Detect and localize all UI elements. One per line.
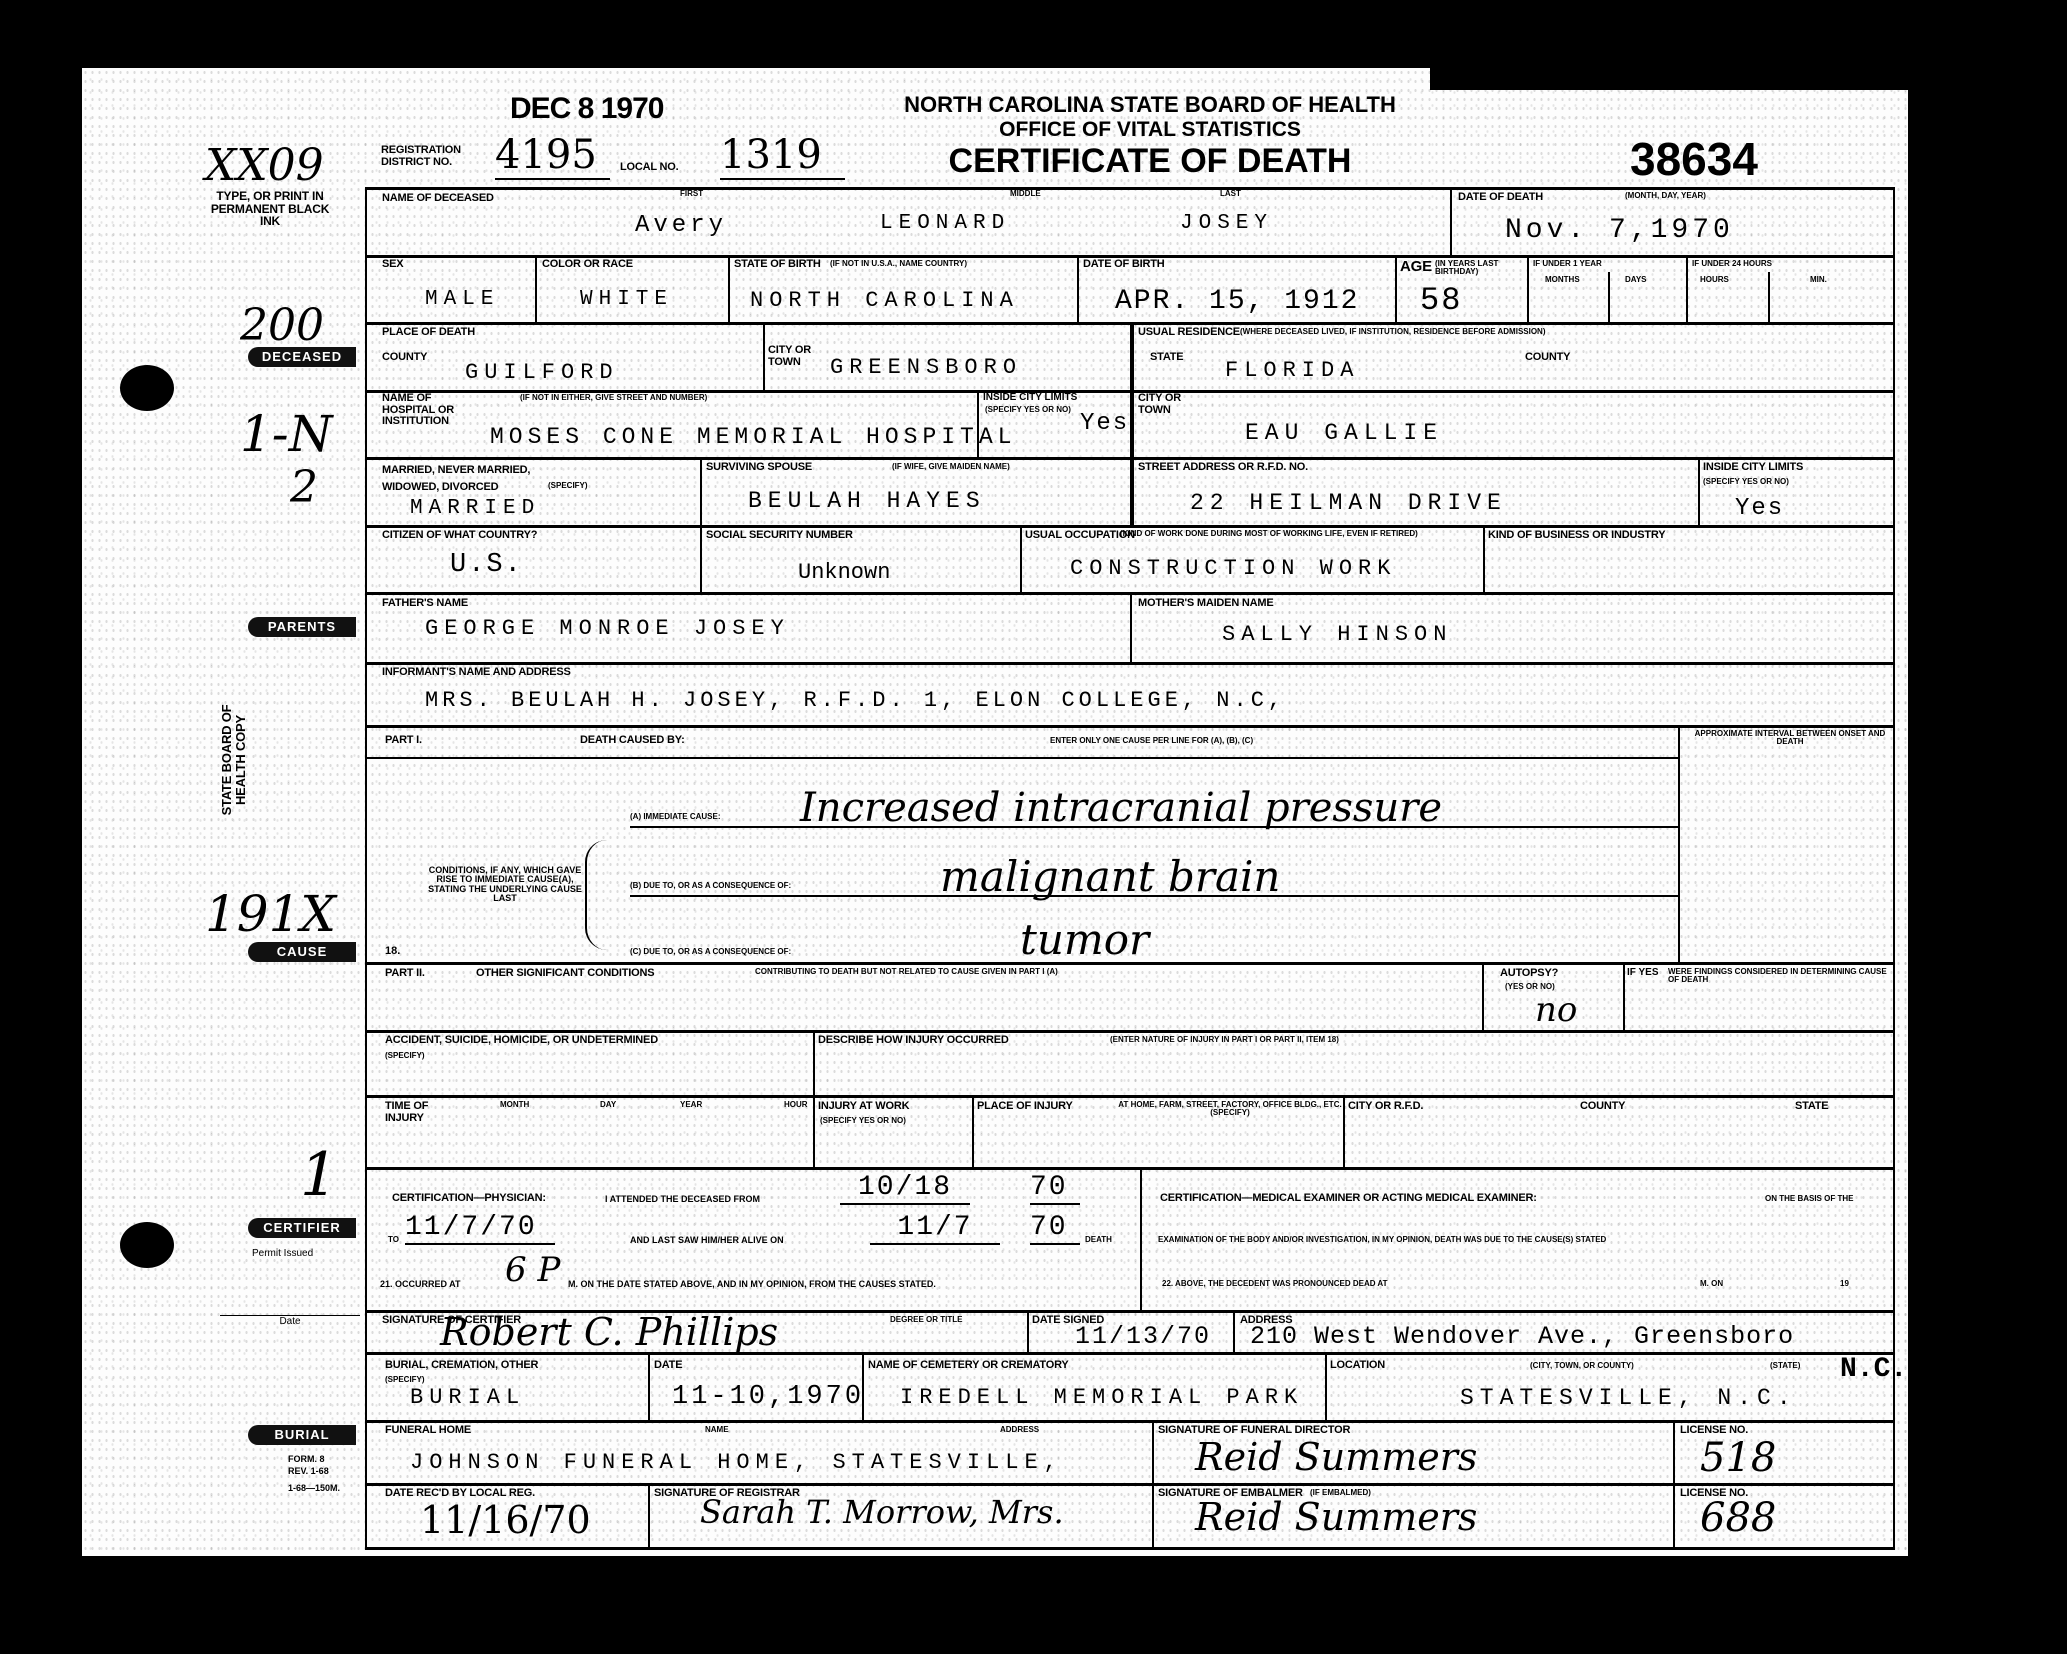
divider (1483, 525, 1485, 593)
certifier-address-value: 210 West Wendover Ave., Greensboro (1250, 1322, 1794, 1351)
autopsy-value: no (1535, 990, 1577, 1030)
divider (763, 322, 765, 390)
res-state-value: FLORIDA (1225, 358, 1359, 383)
form-right-border (1893, 190, 1895, 1550)
immediate-cause-label: (a) IMMEDIATE CAUSE: (630, 813, 721, 821)
rule (365, 725, 1895, 728)
res-county-label: COUNTY (1525, 352, 1570, 364)
divider (1608, 272, 1610, 322)
citizen-label: CITIZEN OF WHAT COUNTRY? (382, 530, 537, 542)
funeral-home-label: FUNERAL HOME (385, 1425, 471, 1437)
date-received-value: 11/16/70 (420, 1498, 591, 1542)
injury-county-label: COUNTY (1580, 1101, 1625, 1113)
document-title: CERTIFICATE OF DEATH (880, 142, 1420, 181)
ssn-label: SOCIAL SECURITY NUMBER (706, 530, 853, 542)
city-rfd-label: CITY OR R.F.D. (1348, 1101, 1423, 1113)
occurred-time-value: 6 P (505, 1250, 560, 1290)
last-name-value: JOSEY (1180, 212, 1273, 235)
divider (1152, 1420, 1154, 1547)
punch-hole-top (120, 365, 174, 411)
occupation-value: CONSTRUCTION WORK (1070, 556, 1396, 581)
divider (1020, 525, 1022, 593)
rule (365, 1483, 1895, 1486)
attended-label: I ATTENDED THE DECEASED FROM (605, 1195, 760, 1204)
section-tab-parents: PARENTS (248, 617, 356, 637)
due-to-c-label: (c) DUE TO, OR AS A CONSEQUENCE OF: (630, 948, 791, 956)
rule (365, 1030, 1895, 1033)
divider (700, 457, 702, 593)
divider (648, 1352, 650, 1420)
injury-state-label: STATE (1795, 1101, 1828, 1113)
registration-district-no: 4195 (495, 132, 610, 180)
divider (1027, 1310, 1029, 1353)
location-value: STATESVILLE, N.C. (1460, 1385, 1797, 1411)
rule (630, 826, 1678, 828)
certifier-signature: Robert C. Phillips (440, 1310, 778, 1354)
inside-limits-value: Yes (1080, 410, 1129, 437)
divider (862, 1352, 864, 1420)
divider (1343, 1095, 1345, 1167)
res-inside-limits-label: INSIDE CITY LIMITS (1703, 462, 1803, 474)
margin-code-200: 200 (240, 300, 324, 351)
dob-value: APR. 15, 1912 (1115, 286, 1359, 317)
rule (630, 895, 1678, 897)
res-city-label: CITY OR TOWN (1138, 393, 1198, 416)
month-label: MONTH (500, 1101, 529, 1109)
inside-limits-hint: (SPECIFY YES OR NO) (985, 406, 1071, 414)
divider (1678, 725, 1680, 963)
divider (1077, 255, 1079, 323)
divider (972, 1095, 974, 1167)
section-tab-burial: BURIAL (248, 1425, 356, 1445)
registrar-signature: Sarah T. Morrow, Mrs. (700, 1493, 1064, 1531)
pronounced-text: 22. ABOVE, THE DECEDENT WAS PRONOUNCED D… (1162, 1280, 1388, 1288)
divider (648, 1483, 650, 1547)
marital-label: MARRIED, NEVER MARRIED, WIDOWED, DIVORCE… (382, 462, 572, 495)
rule (365, 662, 1895, 665)
license-2-value: 688 (1700, 1495, 1776, 1541)
date-signed-value: 11/13/70 (1075, 1322, 1211, 1351)
occurred-text: M. ON THE DATE STATED ABOVE, AND IN MY O… (568, 1280, 936, 1289)
medical-examiner-label: CERTIFICATION—MEDICAL EXAMINER OR ACTING… (1160, 1193, 1537, 1205)
rule (365, 1167, 1895, 1170)
agency-line1: NORTH CAROLINA STATE BOARD OF HEALTH (870, 92, 1430, 118)
race-label: COLOR OR RACE (542, 259, 633, 271)
local-no: 1319 (720, 132, 845, 180)
attended-from-year: 70 (1030, 1172, 1080, 1205)
divider (1233, 1310, 1235, 1353)
father-label: FATHER'S NAME (382, 598, 468, 610)
divider (813, 1095, 815, 1167)
burial-date-label: DATE (654, 1360, 682, 1372)
divider (1395, 255, 1397, 323)
embalmer-signature: Reid Summers (1195, 1495, 1477, 1539)
divider (728, 255, 730, 323)
death-city-value: GREENSBORO (830, 355, 1022, 380)
city-label: CITY OR TOWN (768, 345, 818, 368)
inside-limits-label: INSIDE CITY LIMITS (983, 393, 1133, 404)
margin-code-191x: 191X (205, 885, 336, 943)
medical-examiner-basis: ON THE BASIS OF THE (1765, 1195, 1853, 1203)
bracket (585, 840, 607, 950)
state-hint: (STATE) (1770, 1362, 1800, 1370)
marital-value: MARRIED (410, 497, 540, 520)
age-value: 58 (1420, 282, 1462, 319)
to-label: TO (388, 1236, 399, 1244)
last-saw-label: AND LAST SAW HIM/HER ALIVE ON (630, 1236, 784, 1245)
race-value: WHITE (580, 288, 673, 311)
immediate-cause-value: Increased intracranial pressure (800, 785, 1442, 831)
part1-label: PART I. (385, 735, 422, 747)
divider (1130, 592, 1132, 662)
form-left-border (365, 190, 367, 1550)
funeral-home-value: JOHNSON FUNERAL HOME, STATESVILLE, (410, 1450, 1063, 1475)
divider (977, 390, 979, 458)
disposition-value: BURIAL (410, 1385, 525, 1410)
death-county-value: GUILFORD (465, 360, 619, 385)
place-of-death-label: PLACE OF DEATH (382, 327, 475, 339)
item-18-number: 18. (385, 945, 400, 957)
injury-at-work-label: INJURY AT WORK (818, 1101, 909, 1113)
divider (1768, 272, 1770, 322)
spouse-value: BEULAH HAYES (748, 488, 986, 514)
punch-hole-bottom (120, 1222, 174, 1268)
findings-label: WERE FINDINGS CONSIDERED IN DETERMINING … (1668, 968, 1888, 985)
street-value: 22 HEILMAN DRIVE (1190, 490, 1507, 516)
if-yes-label: IF YES (1627, 968, 1659, 979)
industry-label: KIND OF BUSINESS OR INDUSTRY (1488, 530, 1665, 542)
paper-notch (1430, 68, 1910, 90)
other-conditions-label: OTHER SIGNIFICANT CONDITIONS (476, 968, 654, 980)
citizen-value: U.S. (450, 550, 523, 580)
form-number: FORM. 8 (288, 1455, 325, 1464)
rule (365, 1547, 1895, 1550)
margin-code-xx09: XX09 (205, 140, 324, 191)
usual-residence-label: USUAL RESIDENCE (1138, 327, 1240, 339)
state-copy-label: STATE BOARD OF HEALTH COPY (220, 690, 247, 830)
res-state-label: STATE (1150, 352, 1183, 364)
disposition-hint: (SPECIFY) (385, 1376, 425, 1384)
divider (1450, 187, 1452, 257)
street-label: STREET ADDRESS OR R.F.D. No. (1138, 462, 1308, 474)
marital-hint: (SPECIFY) (548, 482, 588, 490)
father-value: GEORGE MONROE JOSEY (425, 616, 790, 641)
last-saw-year: 70 (1030, 1212, 1080, 1245)
date-of-death-value: Nov. 7,1970 (1505, 215, 1734, 246)
age-label: AGE (1400, 259, 1432, 275)
attended-to-value: 11/7/70 (405, 1212, 555, 1245)
funeral-director-signature: Reid Summers (1195, 1435, 1477, 1479)
age-hint: (IN YEARS LAST BIRTHDAY) (1435, 260, 1520, 277)
place-of-injury-hint: AT HOME, FARM, STREET, FACTORY, OFFICE B… (1115, 1101, 1345, 1118)
rule (365, 1420, 1895, 1423)
res-inside-limits-hint: (SPECIFY YES OR NO) (1703, 478, 1789, 486)
time-of-injury-label: TIME OF INJURY (385, 1101, 455, 1124)
cemetery-value: IREDELL MEMORIAL PARK (900, 1385, 1303, 1410)
other-conditions-hint: CONTRIBUTING TO DEATH BUT NOT RELATED TO… (755, 968, 1058, 976)
injury-at-work-hint: (SPECIFY YES OR NO) (820, 1117, 906, 1125)
ink-instruction: TYPE, OR PRINT IN PERMANENT BLACK INK (200, 190, 340, 228)
hospital-label: NAME OF HOSPITAL OR INSTITUTION (382, 393, 482, 428)
days-label: DAYS (1625, 276, 1647, 284)
divider (1527, 255, 1529, 323)
hospital-value: MOSES CONE MEMORIAL HOSPITAL (490, 424, 1016, 450)
name-label: NAME OF DECEASED (382, 193, 494, 205)
hour-label: HOUR (784, 1101, 808, 1109)
divider (1130, 322, 1134, 527)
day-label: DAY (600, 1101, 616, 1109)
injury-description-label: DESCRIBE HOW INJURY OCCURRED (818, 1035, 1009, 1047)
birth-state-hint: (IF NOT IN U.S.A., NAME COUNTRY) (830, 260, 1030, 268)
first-label: FIRST (680, 190, 703, 198)
res-city-value: EAU GALLIE (1245, 420, 1443, 446)
due-to-c-value: tumor (1020, 915, 1149, 964)
year-label: YEAR (680, 1101, 702, 1109)
date-of-death-label: DATE OF DEATH (1458, 192, 1543, 204)
divider (1698, 457, 1700, 525)
occupation-hint: (KIND OF WORK DONE DURING MOST OF WORKIN… (1120, 530, 1450, 538)
section-tab-deceased: DECEASED (248, 347, 356, 367)
disposition-label: BURIAL, CREMATION, OTHER (385, 1360, 538, 1372)
usual-residence-hint: (WHERE DECEASED LIVED, IF INSTITUTION, R… (1240, 328, 1546, 336)
months-label: MONTHS (1545, 276, 1580, 284)
divider (1686, 255, 1688, 323)
funeral-home-name-label: NAME (705, 1426, 729, 1434)
last-label: LAST (1220, 190, 1241, 198)
accident-label: ACCIDENT, SUICIDE, HOMICIDE, OR UNDETERM… (385, 1035, 658, 1047)
middle-name-value: LEONARD (880, 212, 1010, 235)
min-label: MIN. (1810, 276, 1827, 284)
rule (365, 187, 1895, 190)
margin-code-1n: 1-N (240, 405, 332, 463)
spouse-label: SURVIVING SPOUSE (706, 462, 812, 474)
form-print-run: 1-68—150M. (288, 1484, 340, 1493)
pronounced-19: 19 (1840, 1280, 1849, 1288)
death-caused-by-label: DEATH CAUSED BY: (580, 735, 685, 747)
death-label: DEATH (1085, 1236, 1112, 1244)
location-hint: (CITY, TOWN, OR COUNTY) (1530, 1362, 1634, 1370)
autopsy-label: AUTOPSY? (1500, 968, 1558, 980)
funeral-home-address-label: ADDRESS (1000, 1426, 1039, 1434)
place-of-injury-label: PLACE OF INJURY (977, 1101, 1073, 1113)
due-to-b-value: malignant brain (940, 852, 1280, 901)
hours-label: HOURS (1700, 276, 1729, 284)
spouse-hint: (IF WIFE, GIVE MAIDEN NAME) (892, 463, 1010, 471)
ssn-value: Unknown (798, 560, 890, 585)
divider (1623, 962, 1625, 1030)
margin-code-2: 2 (290, 462, 318, 513)
hospital-hint: (IF NOT IN EITHER, GIVE STREET AND NUMBE… (520, 394, 707, 402)
section-tab-certifier: CERTIFIER (248, 1218, 356, 1238)
under-24-hours-label: IF UNDER 24 HOURS (1692, 260, 1772, 268)
one-cause-hint: ENTER ONLY ONE CAUSE PER LINE FOR (a), (… (1050, 737, 1253, 745)
degree-label: DEGREE OR TITLE (890, 1316, 962, 1324)
part2-label: PART II. (385, 968, 425, 980)
location-label: LOCATION (1330, 1360, 1385, 1372)
cemetery-label: NAME OF CEMETERY OR CREMATORY (868, 1360, 1069, 1372)
dob-label: DATE OF BIRTH (1083, 259, 1165, 271)
pronounced-m-on: M. ON (1700, 1280, 1723, 1288)
first-name-value: Avery (635, 212, 727, 239)
accident-hint: (SPECIFY) (385, 1052, 425, 1060)
injury-description-hint: (ENTER NATURE OF INJURY IN PART I OR PAR… (1110, 1036, 1339, 1044)
divider (1325, 1352, 1327, 1420)
certificate-number: 38634 (1630, 132, 1758, 186)
mother-value: SALLY HINSON (1222, 622, 1452, 647)
rule (365, 1095, 1895, 1098)
attended-from-value: 10/18 (840, 1172, 970, 1205)
occurred-label: 21. OCCURRED AT (380, 1280, 461, 1289)
occupation-label: USUAL OCCUPATION (1025, 530, 1135, 542)
local-no-label: LOCAL NO. (620, 162, 679, 174)
divider (1482, 962, 1484, 1030)
section-tab-cause: CAUSE (248, 942, 356, 962)
form-revision: REV. 1-68 (288, 1467, 329, 1476)
informant-label: INFORMANT'S NAME AND ADDRESS (382, 667, 571, 679)
date-of-death-hint: (MONTH, DAY, YEAR) (1625, 192, 1706, 200)
margin-code-1: 1 (300, 1140, 338, 1210)
received-stamp-date: DEC 8 1970 (510, 92, 663, 126)
divider (813, 1030, 815, 1095)
divider (535, 255, 537, 323)
last-saw-value: 11/7 (870, 1212, 1000, 1245)
informant-value: MRS. BEULAH H. JOSEY, R.F.D. 1, ELON COL… (425, 688, 1285, 713)
due-to-b-label: (b) DUE TO, OR AS A CONSEQUENCE OF: (630, 882, 791, 890)
certifier-address-state: N.C. (1840, 1354, 1907, 1385)
permit-date-label: Date (220, 1315, 360, 1327)
mother-label: MOTHER'S MAIDEN NAME (1138, 598, 1274, 610)
divider (1140, 1167, 1142, 1310)
birth-state-label: STATE OF BIRTH (734, 259, 821, 271)
physician-cert-label: CERTIFICATION—PHYSICIAN: (392, 1193, 546, 1205)
birth-state-value: NORTH CAROLINA (750, 288, 1019, 313)
burial-date-value: 11-10,1970 (672, 1382, 864, 1412)
under-1-year-label: IF UNDER 1 YEAR (1533, 260, 1602, 268)
license-1-value: 518 (1700, 1435, 1776, 1481)
divider (1673, 1420, 1675, 1547)
interval-label: APPROXIMATE INTERVAL BETWEEN ONSET AND D… (1690, 730, 1890, 747)
agency-line2: OFFICE OF VITAL STATISTICS (870, 118, 1430, 142)
conditions-note: CONDITIONS, IF ANY, WHICH GAVE RISE TO I… (420, 866, 590, 904)
sex-value: MALE (425, 288, 499, 311)
permit-issued-label: Permit Issued (252, 1248, 313, 1259)
county-label: COUNTY (382, 352, 427, 364)
middle-label: MIDDLE (1010, 190, 1041, 198)
registration-label: REGISTRATION DISTRICT NO. (381, 145, 491, 168)
sex-label: SEX (382, 259, 403, 271)
medical-examiner-text: EXAMINATION OF THE BODY AND/OR INVESTIGA… (1158, 1236, 1606, 1244)
rule (365, 757, 1680, 759)
res-inside-limits-value: Yes (1735, 495, 1784, 522)
